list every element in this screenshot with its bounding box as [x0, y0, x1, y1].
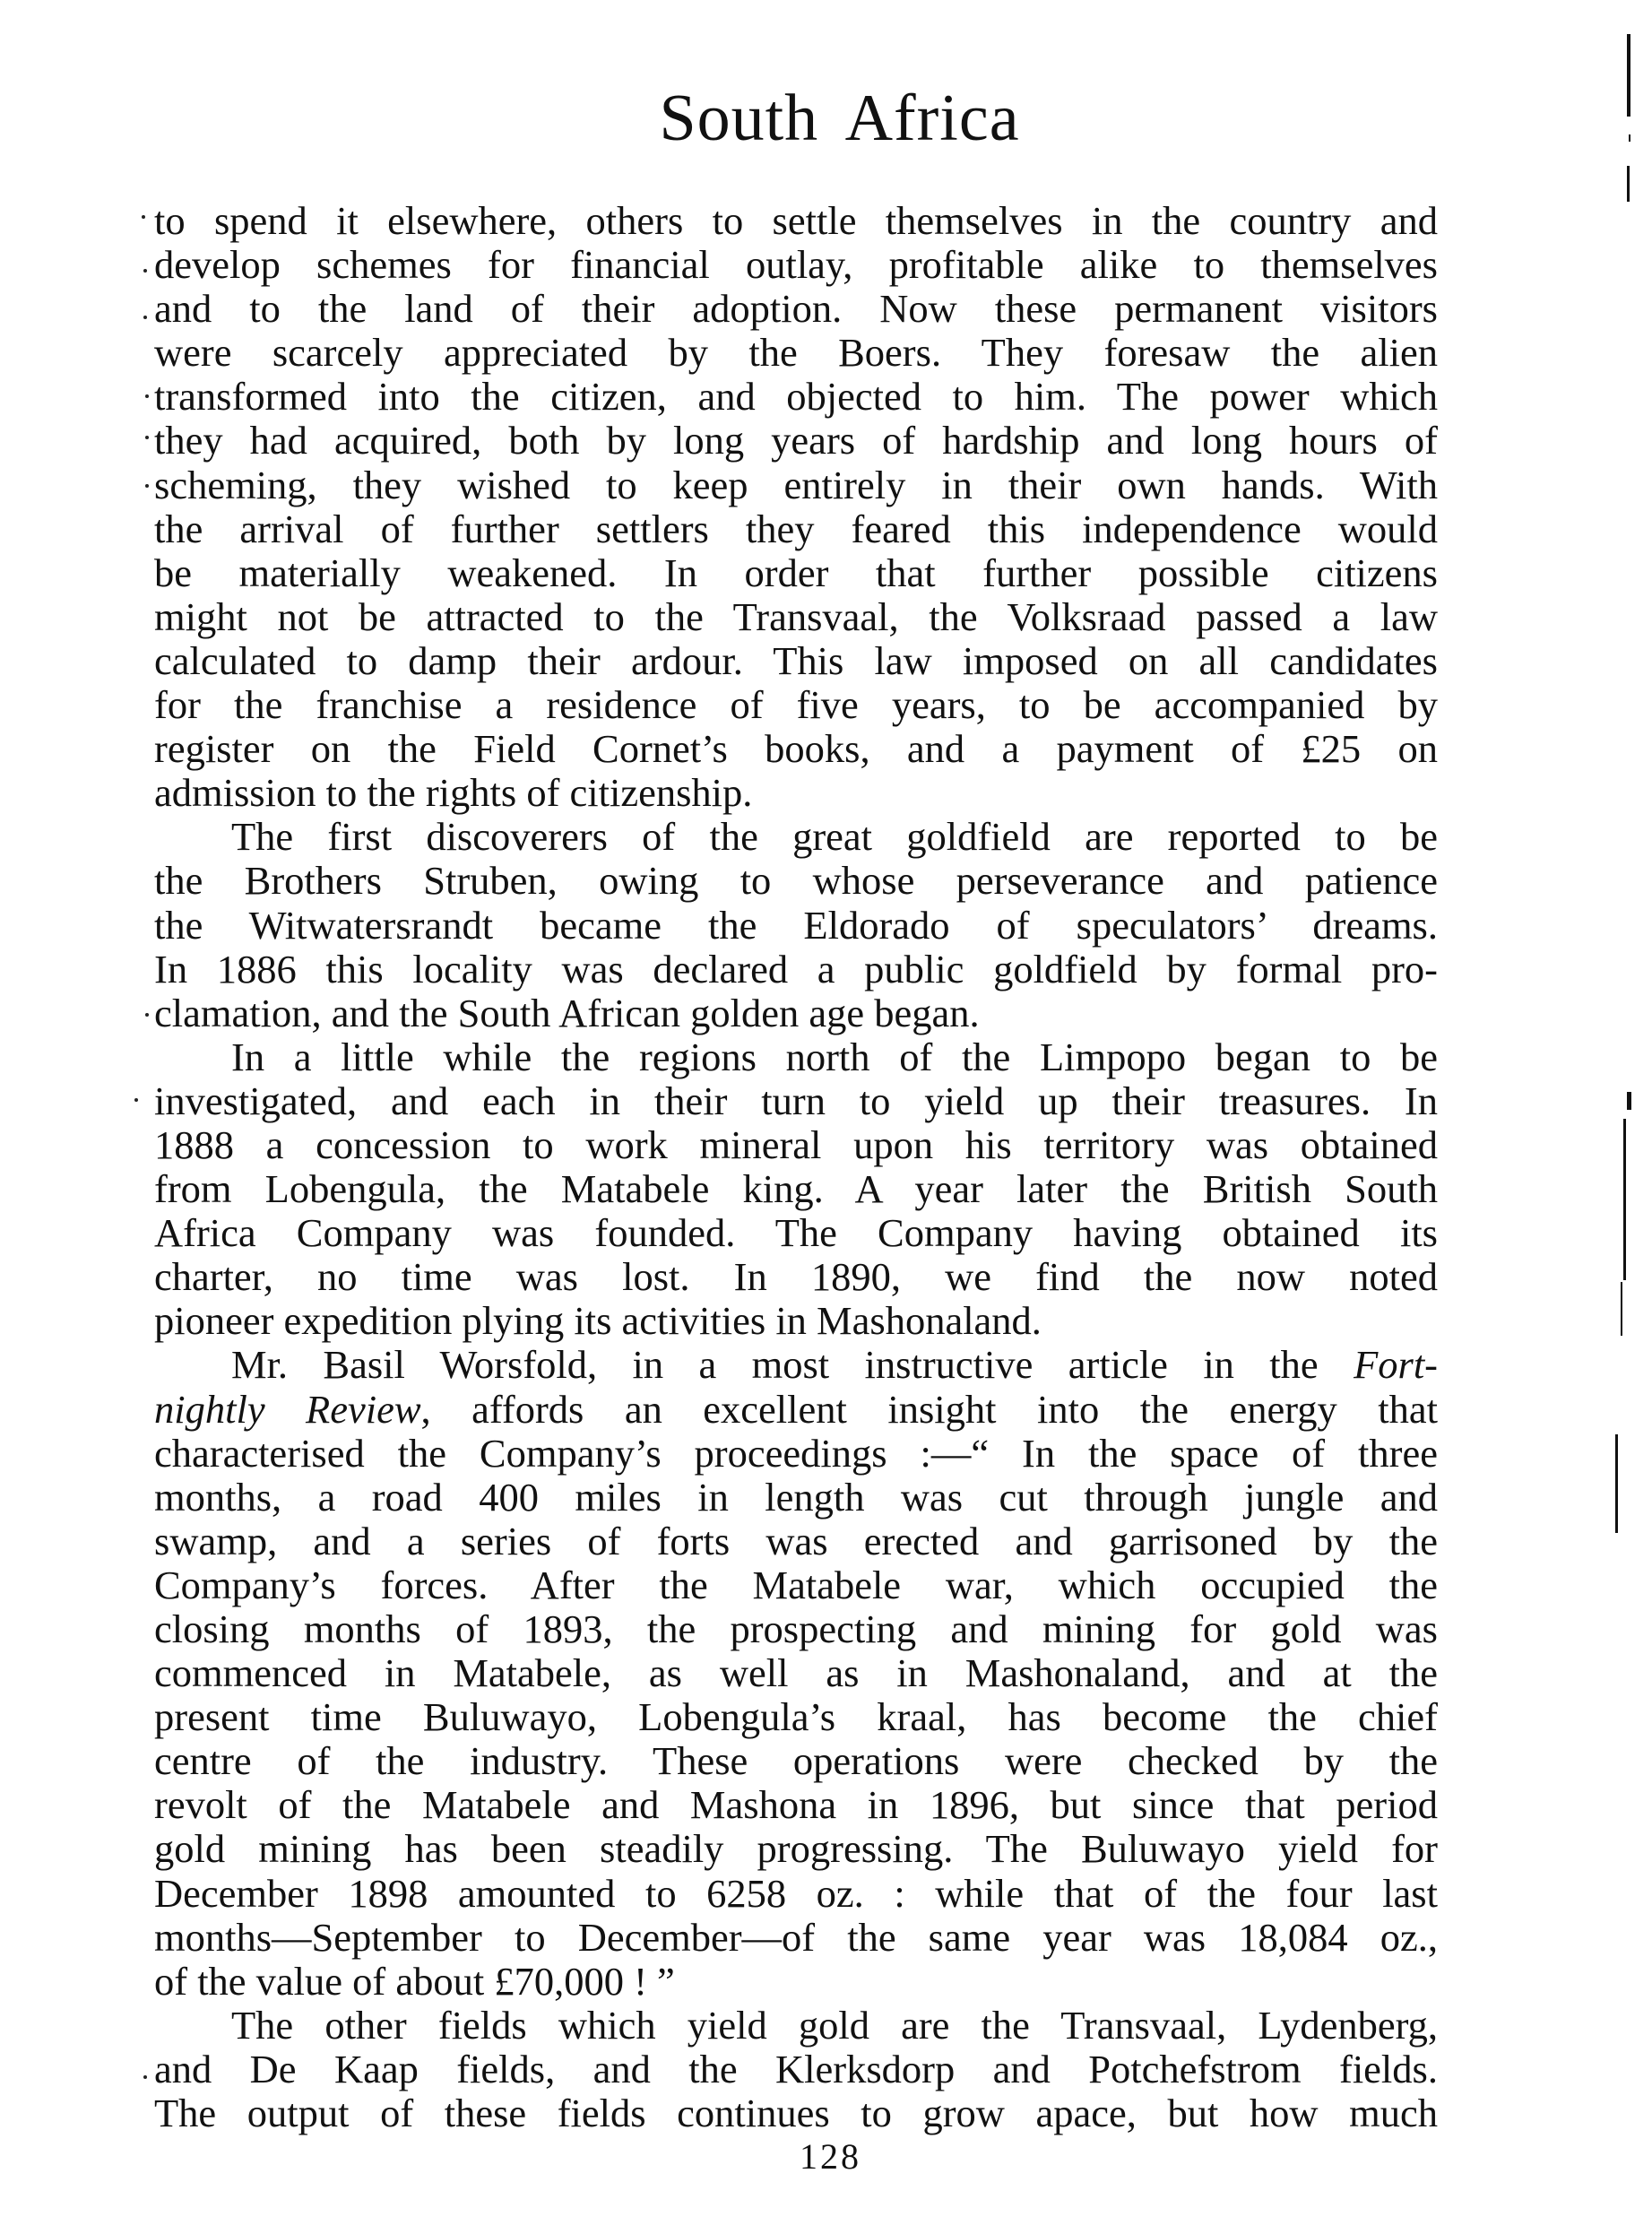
margin-speck [142, 215, 145, 219]
paragraph: In a little while the regions north of t… [154, 1035, 1438, 1344]
page-number: 128 [0, 2137, 1652, 2177]
margin-speck [143, 2075, 147, 2079]
text-line: gold mining has been steadily progressin… [154, 1827, 1438, 1871]
text-line: to spend it elsewhere, others to settle … [154, 199, 1438, 243]
text-line: nightly Review, affords an excellent ins… [154, 1388, 1438, 1432]
text-line: Africa Company was founded. The Company … [154, 1211, 1438, 1255]
text-line: register on the Field Cornet’s books, an… [154, 727, 1438, 771]
text-line: months—September to December—of the same… [154, 1916, 1438, 1960]
text-line: 1888 a concession to work mineral upon h… [154, 1123, 1438, 1167]
margin-speck [145, 484, 149, 488]
text-line: In a little while the regions north of t… [154, 1035, 1438, 1079]
text-line: clamation, and the South African golden … [154, 991, 1438, 1035]
paragraph: The first discoverers of the great goldf… [154, 815, 1438, 1035]
text-line: scheming, they wished to keep entirely i… [154, 463, 1438, 507]
text-line: characterised the Company’s proceedings … [154, 1432, 1438, 1476]
text-line: In 1886 this locality was declared a pub… [154, 948, 1438, 991]
text-line: investigated, and each in their turn to … [154, 1079, 1438, 1123]
text-line: be materially weakened. In order that fu… [154, 551, 1438, 595]
margin-speck [145, 394, 149, 398]
text-line: months, a road 400 miles in length was c… [154, 1476, 1438, 1520]
scan-edge-mark [1629, 134, 1630, 142]
text-line: from Lobengula, the Matabele king. A yea… [154, 1167, 1438, 1211]
text-line: The first discoverers of the great goldf… [154, 815, 1438, 859]
text-line: centre of the industry. These operations… [154, 1739, 1438, 1783]
text-line: Company’s forces. After the Matabele war… [154, 1563, 1438, 1607]
scan-edge-mark [1627, 166, 1630, 202]
text-line: were scarcely appreciated by the Boers. … [154, 331, 1438, 375]
margin-speck [134, 1098, 138, 1102]
italic-title: Fort- [1354, 1342, 1438, 1387]
text-line: commenced in Matabele, as well as in Mas… [154, 1651, 1438, 1695]
italic-title: nightly Review [154, 1387, 421, 1432]
text-line: and to the land of their adoption. Now t… [154, 287, 1438, 331]
text-line: the Witwatersrandt became the Eldorado o… [154, 904, 1438, 948]
margin-speck [145, 1013, 149, 1017]
scan-edge-mark [1621, 1282, 1622, 1336]
margin-speck [143, 316, 147, 319]
running-head: South Africa [0, 82, 1652, 154]
text-line: the arrival of further settlers they fea… [154, 507, 1438, 551]
text-line: Mr. Basil Worsfold, in a most instructiv… [154, 1343, 1438, 1387]
text-line: for the franchise a residence of five ye… [154, 683, 1438, 727]
text-line: closing months of 1893, the prospecting … [154, 1607, 1438, 1651]
margin-speck [145, 436, 149, 439]
text-line: The other fields which yield gold are th… [154, 2004, 1438, 2048]
margin-speck [143, 269, 147, 273]
text-line: the Brothers Struben, owing to whose per… [154, 859, 1438, 903]
text-line: admission to the rights of citizenship. [154, 771, 1438, 815]
text-line: develop schemes for financial outlay, pr… [154, 243, 1438, 287]
text-line: swamp, and a series of forts was erected… [154, 1520, 1438, 1563]
paragraph: The other fields which yield gold are th… [154, 2004, 1438, 2135]
text-line: they had acquired, both by long years of… [154, 419, 1438, 463]
text-line: pioneer expedition plying its activities… [154, 1299, 1438, 1343]
text-line: December 1898 amounted to 6258 oz. : whi… [154, 1872, 1438, 1916]
text-line: transformed into the citizen, and object… [154, 375, 1438, 419]
text-line: revolt of the Matabele and Mashona in 18… [154, 1783, 1438, 1827]
text-line: present time Buluwayo, Lobengula’s kraal… [154, 1695, 1438, 1739]
body-text: to spend it elsewhere, others to settle … [154, 199, 1438, 2135]
text-line: calculated to damp their ardour. This la… [154, 639, 1438, 683]
paragraph: to spend it elsewhere, others to settle … [154, 199, 1438, 815]
paragraph: Mr. Basil Worsfold, in a most instructiv… [154, 1343, 1438, 2003]
text-line: charter, no time was lost. In 1890, we f… [154, 1255, 1438, 1299]
text-line: The output of these fields continues to … [154, 2091, 1438, 2135]
text-line: and De Kaap fields, and the Klerksdorp a… [154, 2048, 1438, 2091]
text-line: might not be attracted to the Transvaal,… [154, 595, 1438, 639]
scan-edge-mark [1623, 1119, 1626, 1280]
scan-edge-mark [1627, 1092, 1631, 1110]
book-page: South Africa to spend it elsewhere, othe… [0, 0, 1652, 2234]
text-line: of the value of about £70,000 ! ” [154, 1960, 1438, 2004]
scan-edge-mark [1615, 1434, 1618, 1533]
scan-edge-mark [1627, 34, 1630, 117]
